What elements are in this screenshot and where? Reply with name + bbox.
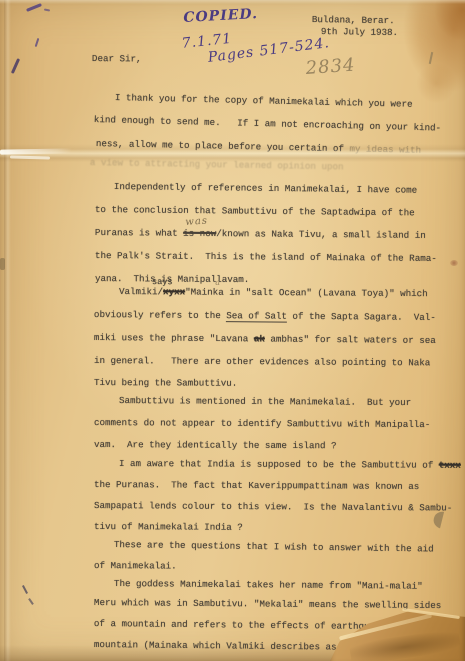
typed-line-creased: a view to attracting your learned opinio… <box>90 157 344 172</box>
typed-line: Meru which was in Sambutivu. "Mekalai" m… <box>94 597 441 611</box>
top-edge-light <box>0 0 465 4</box>
typed-line: I am aware that India is supposed to be … <box>119 458 461 471</box>
typed-line: the Puranas. The fact that Kaverippumpat… <box>94 479 419 492</box>
typed-line: vam. Are they identically the same islan… <box>94 439 337 451</box>
pencil-tick <box>429 52 433 64</box>
letter-page: Buldana, Berar. 9th July 1938. COPIED. 7… <box>0 0 465 661</box>
typed-line: in general. There are other evidences al… <box>94 355 430 368</box>
typed-line: comments do not appear to identify Sambu… <box>94 417 430 430</box>
line-clear: /known as Naka Tivu, a small island in <box>216 228 426 241</box>
ink-dash <box>22 585 28 594</box>
typed-line: the Palk's Strait. This is the island of… <box>95 250 437 264</box>
struck-text: xyxx <box>163 286 185 297</box>
struck-text: ak <box>254 333 265 344</box>
line-clear: I am aware that India is supposed to be … <box>119 458 439 471</box>
line-clear: miki uses the phrase "Lavana <box>94 332 254 344</box>
ink-dash <box>28 598 34 605</box>
struck-text: is now <box>183 228 216 239</box>
typed-line: of a mountain and refers to the effects … <box>94 618 430 633</box>
edge-spot <box>450 260 458 266</box>
ink-scribble <box>35 38 40 47</box>
line-clear: obviously refers to the <box>94 309 226 321</box>
typed-line: to the conclusion that Sambuttivu of the… <box>95 204 415 218</box>
ink-scribble <box>26 3 42 12</box>
left-fold-line <box>4 0 11 661</box>
typed-line: Sambuttivu is mentioned in the Manimekal… <box>119 395 411 408</box>
typed-line: These are the questions that I wish to a… <box>114 539 434 554</box>
letter-date: 9th July 1938. <box>321 26 398 38</box>
crease-highlight <box>10 155 50 159</box>
typed-line: miki uses the phrase "Lavana ak ambhas" … <box>94 332 436 346</box>
line-clear: ambhas" for salt waters or sea <box>265 333 436 345</box>
typed-line: mountain (Mainaka which Valmiki describe… <box>94 639 414 653</box>
edge-spot <box>0 258 5 270</box>
ink-scribble <box>11 58 20 74</box>
typed-line: Sampapati lends colour to this view. Is … <box>94 500 452 514</box>
letter-place: Buldana, Berar. <box>312 14 395 26</box>
line-clear: of the Sapta Sagara. Val- <box>287 311 436 323</box>
typed-line: of Manimekalai. <box>94 560 177 572</box>
line-faded: my ideas with <box>349 143 421 155</box>
ink-scribble <box>44 8 50 11</box>
typed-line: I thank you for the copy of Manimekalai … <box>115 92 413 110</box>
typed-line: kind enough to send me. If I am not encr… <box>94 114 442 133</box>
typed-line: tivu of Manimekalai India ? <box>94 521 243 533</box>
typed-line: ness, allow me to place before you certa… <box>96 138 421 156</box>
line-clear: Valmiki/ <box>119 286 163 297</box>
copied-stamp: COPIED. <box>183 6 258 26</box>
line-clear: ness, allow me to place before you certa… <box>96 138 350 154</box>
line-clear: "Mainka in "salt Ocean" (Lavana Toya)" w… <box>185 286 428 299</box>
typed-line: Puranas is what is now/known as Naka Tiv… <box>95 227 426 241</box>
crease-highlight <box>0 148 72 154</box>
file-number-annotation: 2834 <box>305 55 356 79</box>
typed-line: Tivu being the Sambuttivu. <box>94 377 237 389</box>
typed-line: The goddess Manimekalai takes her name f… <box>114 578 423 592</box>
underlined-text: Sea of Salt <box>226 310 287 323</box>
typed-line: obviously refers to the Sea of Salt of t… <box>94 309 436 323</box>
struck-text: txxx <box>439 460 461 471</box>
line-clear: Puranas is what <box>95 227 183 239</box>
salutation: Dear Sir, <box>92 53 142 64</box>
handwritten-correction: was <box>185 215 208 228</box>
handwritten-caret-letter: a <box>215 278 221 287</box>
typed-line: Independently of references in Manimekal… <box>114 181 417 196</box>
typed-line: Valmiki/xyxx"Mainka in "salt Ocean" (Lav… <box>119 286 428 299</box>
